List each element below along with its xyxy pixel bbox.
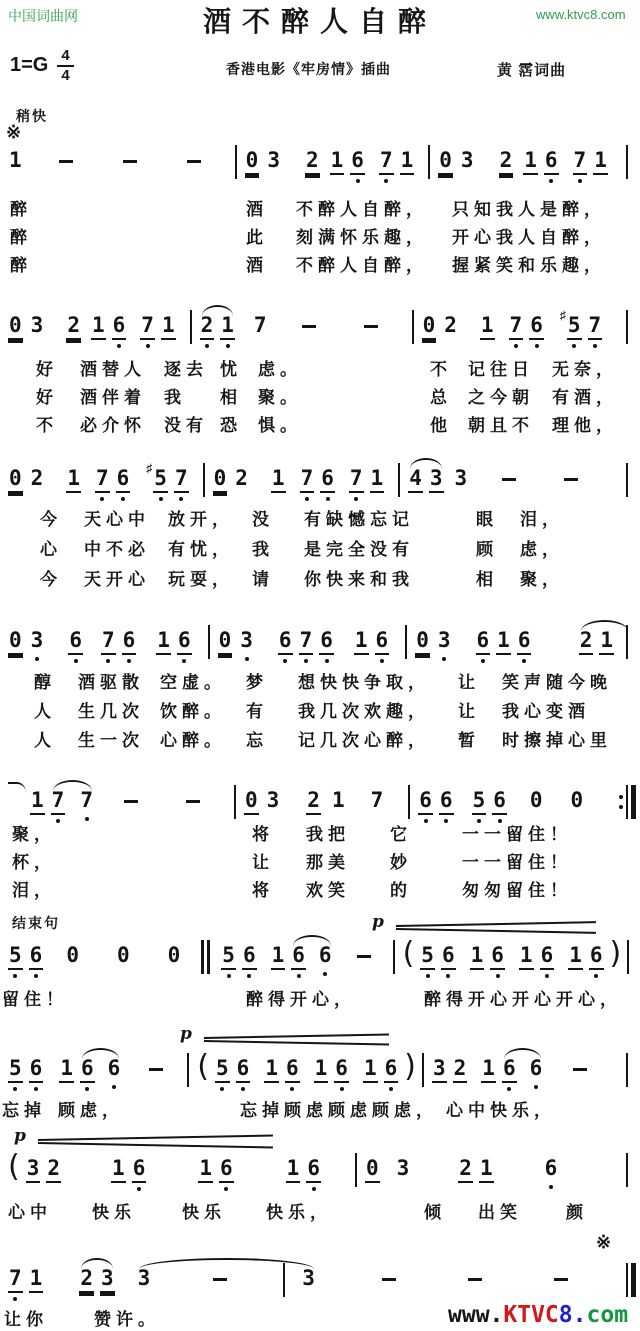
lyric: 我几次欢趣，	[298, 697, 430, 722]
note-digit: 5	[472, 790, 487, 815]
bar-stroke	[207, 940, 210, 974]
note-digit: 0	[529, 790, 544, 813]
note-stack: 6	[529, 1058, 544, 1089]
note: 7	[8, 1268, 23, 1301]
note-stack: 1	[523, 150, 538, 183]
note-digit: 6	[319, 630, 334, 655]
note-stack: 0	[213, 468, 228, 503]
note-digit: 1	[519, 945, 534, 970]
note-digit: 2	[234, 468, 249, 491]
key-and-meter: 1=G 4 4	[10, 48, 74, 84]
note-digit: 7	[588, 315, 603, 340]
note-stack: 1	[314, 1058, 329, 1091]
note-stack: 6	[29, 1058, 44, 1091]
lyric: 不醉人自醉，	[296, 195, 428, 220]
dash	[213, 1278, 227, 1281]
lyric: 的	[390, 876, 412, 901]
octave-dot	[424, 819, 428, 823]
music-system-7: 56166(56161616)32166	[0, 1058, 640, 1091]
note: 3	[266, 150, 281, 181]
note-digit: 1	[331, 790, 346, 813]
note-digit: 0	[244, 790, 259, 815]
note-digit: 5	[221, 945, 236, 970]
note-digit: 2	[66, 315, 81, 340]
octave-dot	[496, 974, 500, 978]
note-stack: 1	[568, 945, 583, 978]
lyric: 空虚。	[160, 668, 226, 693]
note-stack: 0	[8, 315, 23, 350]
lyric: 酒替人	[80, 355, 146, 380]
note-digit: 1	[59, 1058, 74, 1083]
note: 6	[529, 315, 544, 348]
note-digit: 2	[30, 468, 45, 491]
lyric: 忘掉顾虑顾虑顾虑，	[240, 1096, 438, 1121]
note: 1	[480, 315, 495, 348]
note-digit: 1	[91, 315, 106, 340]
note: 1	[481, 1058, 496, 1091]
lyric: 不	[430, 355, 452, 380]
lyric: 虑。	[258, 355, 302, 380]
note-stack: 6	[242, 945, 257, 978]
note-stack: 0	[365, 1158, 380, 1191]
note-digit: 0	[245, 150, 260, 175]
note-digit: 7	[95, 468, 110, 493]
note-stack: 3	[460, 150, 475, 181]
note-stack: 2	[305, 150, 320, 185]
lyric: 我把	[306, 820, 350, 845]
octave-dot	[290, 1087, 294, 1091]
note: 3	[301, 1268, 316, 1299]
lyric: 酒	[246, 195, 268, 220]
note: 1	[156, 630, 171, 663]
barline	[626, 310, 628, 344]
note-stack: 7	[140, 315, 155, 348]
logo-text: 8	[559, 1302, 573, 1328]
dash	[364, 325, 378, 328]
note-digit: 1	[481, 1058, 496, 1083]
note-digit: 6	[502, 1058, 517, 1083]
lyric: 是完全没有	[304, 535, 414, 560]
segno-icon: ※	[6, 122, 21, 143]
note-digit: 2	[453, 1058, 468, 1083]
note: 1	[91, 315, 106, 348]
note: 1	[363, 1058, 378, 1091]
lyric: 玩耍，	[168, 565, 234, 590]
note: 2	[453, 1058, 468, 1091]
note-stack: 1	[271, 945, 286, 978]
note-digit: 7	[300, 468, 315, 493]
note: 6	[384, 1058, 399, 1091]
rest-note: 0	[116, 945, 131, 976]
barline	[355, 1153, 357, 1187]
note: 2	[46, 1158, 61, 1191]
note-stack: 1	[286, 1158, 301, 1191]
repeat-dots	[619, 785, 623, 819]
music-system-9: 712333	[0, 1268, 640, 1303]
note: 7	[349, 468, 364, 501]
hairpin-line	[38, 1142, 273, 1149]
note-digit: 5	[420, 945, 435, 970]
note: 2	[66, 315, 81, 350]
rest-note: 0	[244, 790, 259, 823]
repeat-barline	[619, 785, 636, 819]
note-stack: 6	[122, 630, 137, 663]
octave-dot	[226, 344, 230, 348]
note-digit: 6	[384, 1058, 399, 1083]
rest-note: 0	[365, 1158, 380, 1191]
barline	[627, 940, 629, 974]
note: 6	[29, 945, 44, 978]
lyric: 必介怀	[80, 411, 146, 436]
note-stack: 1	[400, 150, 415, 183]
note: 1	[59, 1058, 74, 1091]
barline	[408, 785, 410, 819]
site-name-left: 中国词曲网	[8, 6, 78, 26]
note-digit: 2	[46, 1158, 61, 1183]
lyric: 天开心	[84, 565, 150, 590]
note-stack: 6	[177, 630, 192, 663]
bar-stroke	[201, 940, 204, 974]
lyric: 心中快乐，	[446, 1096, 556, 1121]
note: 6	[544, 150, 559, 183]
note-digit: 6	[132, 1158, 147, 1183]
note-stack: 6	[502, 1058, 517, 1091]
lyric: 倾	[424, 1198, 446, 1223]
barline	[422, 1053, 424, 1087]
crescendo-hairpin	[204, 1034, 389, 1046]
octave-dot	[323, 972, 327, 976]
note: 7	[588, 315, 603, 348]
note-digit: 3	[429, 468, 444, 493]
rest-note: 0	[8, 468, 23, 503]
note-digit: 6	[306, 1158, 321, 1183]
note-digit: 3	[432, 1058, 447, 1083]
dot	[619, 805, 623, 809]
lyric: 将	[252, 876, 274, 901]
note: 6	[219, 1158, 234, 1191]
octave-dot	[227, 974, 231, 978]
lyric: 惧。	[258, 411, 302, 436]
note-stack: 1	[29, 1268, 44, 1301]
note: 3	[26, 1158, 41, 1191]
octave-dot	[522, 659, 526, 663]
lyric: 相	[220, 383, 242, 408]
note-stack: 6	[319, 630, 334, 663]
note: 1	[271, 468, 286, 501]
octave-dot	[34, 1087, 38, 1091]
tie-arc	[8, 782, 26, 793]
lyric: 人	[34, 697, 56, 722]
octave-dot	[514, 344, 518, 348]
note-digit: 0	[8, 315, 23, 340]
note-stack: 7	[349, 468, 364, 501]
lyric: 你快来和我	[304, 565, 414, 590]
meter-denominator: 4	[57, 67, 73, 84]
hairpin-line	[38, 1134, 273, 1141]
note: 3	[30, 630, 45, 661]
octave-dot	[13, 1087, 17, 1091]
note-stack: 7	[588, 315, 603, 348]
note: 1	[161, 315, 176, 348]
note-stack: 6	[132, 1158, 147, 1191]
note-digit: 1	[470, 945, 485, 970]
note-stack: 7	[379, 150, 394, 183]
note-digit: 5	[215, 1058, 230, 1083]
note-digit: 2	[579, 630, 594, 655]
dynamic-p: p	[14, 1126, 26, 1146]
note-stack: 1	[593, 150, 608, 183]
barline	[405, 625, 407, 659]
lyric: 之今朝	[468, 383, 534, 408]
note-digit: 7	[299, 630, 314, 655]
note-stack: 0	[438, 150, 453, 185]
octave-dot	[594, 974, 598, 978]
note-digit: 1	[599, 630, 614, 655]
note-stack: 0	[65, 945, 80, 976]
note: 7	[101, 630, 116, 663]
lyric: 醉得开心，	[246, 985, 356, 1010]
note: 1	[354, 630, 369, 663]
note-digit: 0	[8, 468, 23, 493]
note-stack: 3	[137, 1268, 152, 1299]
note-stack: 1	[220, 315, 235, 348]
octave-dot	[106, 659, 110, 663]
octave-dot	[13, 1297, 17, 1301]
note-digit: 6	[540, 945, 555, 970]
note-digit: 0	[438, 150, 453, 175]
note-stack: 1	[91, 315, 106, 348]
note: 6	[278, 630, 293, 663]
octave-dot	[426, 974, 430, 978]
note: 6	[285, 1058, 300, 1091]
note-stack: 3	[429, 468, 444, 501]
octave-dot	[534, 1085, 538, 1089]
note: 1	[198, 1158, 213, 1191]
octave-dot	[578, 179, 582, 183]
parenthesis: )	[404, 1052, 416, 1082]
note-stack: 1	[198, 1158, 213, 1191]
rest-note: 0	[438, 150, 453, 185]
note-stack: 3	[396, 1158, 411, 1189]
note-digit: 0	[422, 315, 437, 340]
site-url-top-right: www.ktvc8.com	[536, 7, 626, 22]
note-stack: 0	[570, 790, 585, 821]
note-stack: 6	[439, 790, 454, 823]
barline	[428, 145, 430, 179]
lyric: 让你	[4, 1305, 48, 1330]
note-stack: 3	[26, 1158, 41, 1191]
lyric: 时擦掉心里	[502, 726, 612, 751]
note: 1	[66, 468, 81, 501]
note: 6	[476, 630, 491, 663]
note-stack: 7	[51, 790, 66, 823]
note: 2	[200, 315, 215, 348]
lyric: 一一留住！	[462, 848, 572, 873]
note: 7	[174, 468, 189, 501]
note-stack: 0	[422, 315, 437, 350]
lyric: 理他，	[552, 411, 618, 436]
note-digit: 0	[415, 630, 430, 655]
movie-subtitle: 香港电影《牢房情》插曲	[226, 59, 391, 79]
note-stack: 6	[278, 630, 293, 663]
note-digit: 2	[305, 150, 320, 175]
octave-dot	[179, 497, 183, 501]
note: 2	[579, 630, 594, 663]
slur-group: 21	[579, 630, 636, 663]
note-digit: 1	[370, 468, 385, 493]
note-digit: 2	[306, 790, 321, 815]
octave-dot	[572, 344, 576, 348]
note-stack: 7	[509, 315, 524, 348]
logo-text: KTVC	[503, 1302, 558, 1328]
octave-dot	[34, 974, 38, 978]
lyric: 让	[252, 848, 274, 873]
note: 3	[432, 1058, 447, 1091]
lyric: 醉得开心开心开心，	[424, 985, 622, 1010]
note-digit: 3	[239, 630, 254, 653]
logo-text: .	[573, 1302, 587, 1328]
lyric: 记往日	[468, 355, 534, 380]
barline	[398, 463, 400, 497]
octave-dot	[121, 497, 125, 501]
dash	[564, 478, 578, 481]
lyric: 留住！	[2, 985, 68, 1010]
note-stack: 1	[496, 630, 511, 663]
note: 7	[370, 790, 385, 821]
note: 3	[100, 1268, 115, 1303]
note-stack: 5	[472, 790, 487, 823]
octave-dot	[593, 344, 597, 348]
note-stack: 1	[480, 315, 495, 348]
lyric: 只知我人是醉，	[452, 195, 606, 220]
note-stack: 6	[68, 630, 83, 663]
note: 3	[266, 790, 281, 821]
note-digit: 1	[354, 630, 369, 655]
lyric: 我	[252, 535, 274, 560]
note-stack: 6	[375, 630, 390, 663]
rest-note: 0	[8, 630, 23, 665]
note-digit: 2	[200, 315, 215, 340]
lyric: 开心我人自醉，	[452, 223, 606, 248]
lyric: 醉	[10, 195, 32, 220]
note: 7	[509, 315, 524, 348]
rest-note: 0	[8, 315, 23, 350]
note-stack: 7	[573, 150, 588, 183]
music-row: 02176♯570217671433	[0, 468, 640, 503]
note-stack: 2	[30, 468, 45, 499]
note: 6	[242, 945, 257, 978]
crescendo-hairpin	[396, 922, 596, 934]
octave-dot	[117, 344, 121, 348]
note-stack: 3	[30, 315, 45, 346]
octave-dot	[312, 1187, 316, 1191]
octave-dot	[127, 659, 131, 663]
note-digit: 6	[490, 945, 505, 970]
dash	[59, 160, 73, 163]
note-stack: 6	[544, 1158, 559, 1189]
note: 4	[408, 468, 423, 501]
octave-dot	[444, 819, 448, 823]
note: 1	[523, 150, 538, 183]
note-stack: 3	[239, 630, 254, 661]
note-digit: 1	[111, 1158, 126, 1183]
music-system-2: 032167121702176♯57	[0, 315, 640, 350]
dash	[186, 800, 200, 803]
note-stack: 6	[384, 1058, 399, 1091]
note: 1	[264, 1058, 279, 1091]
note-stack: 5	[420, 945, 435, 978]
note-digit: 1	[593, 150, 608, 175]
note: 6	[492, 790, 507, 823]
dash	[554, 1278, 568, 1281]
note-digit: 6	[334, 1058, 349, 1083]
note: 7	[379, 150, 394, 183]
lyric: 醉	[10, 223, 32, 248]
lyric: 酒驱散	[78, 668, 144, 693]
note-digit: 7	[253, 315, 268, 338]
note: ♯5	[560, 315, 582, 348]
octave-dot	[85, 817, 89, 821]
lyric: 泪，	[12, 876, 56, 901]
time-signature: 4 4	[57, 48, 73, 84]
lyric: 我	[164, 383, 186, 408]
note-digit: 3	[460, 150, 475, 173]
note: 1	[286, 1158, 301, 1191]
note: 6	[375, 630, 390, 663]
note-stack: 2	[579, 630, 594, 663]
lyric: 酒	[246, 251, 268, 276]
bar-thick	[631, 785, 636, 819]
octave-dot	[545, 974, 549, 978]
note-stack: 2	[200, 315, 215, 348]
note: 5	[221, 945, 236, 978]
barline	[203, 463, 205, 497]
music-row: 56166(56161616)32166	[0, 1058, 640, 1091]
note-digit: 6	[29, 945, 44, 970]
note: 6	[441, 945, 456, 978]
note-stack: 5	[215, 1058, 230, 1091]
note-stack: 2	[46, 1158, 61, 1191]
ending-label: 结束句	[12, 913, 60, 933]
music-row: 712333	[0, 1268, 640, 1303]
barline	[626, 145, 628, 179]
note-digit: 7	[140, 315, 155, 340]
note: 5	[8, 945, 23, 978]
note-stack: 6	[350, 150, 365, 183]
note-digit: 6	[29, 1058, 44, 1083]
note: 6	[529, 1058, 544, 1089]
note-stack: 6	[219, 1158, 234, 1191]
lyric: 朝且不	[468, 411, 534, 436]
lyric: 心中	[8, 1198, 52, 1223]
slur-group: 66	[80, 1058, 127, 1091]
note: 6	[122, 630, 137, 663]
note: 1	[331, 790, 346, 821]
note-stack: 4	[408, 468, 423, 501]
note-digit: 1	[286, 1158, 301, 1183]
barline	[235, 145, 237, 179]
sharp-icon: ♯	[146, 462, 152, 474]
lyric: 一一留住！	[462, 820, 572, 845]
note: 7	[140, 315, 155, 348]
octave-dot	[100, 497, 104, 501]
barline	[393, 940, 395, 974]
note-stack: 1	[519, 945, 534, 978]
lyric: 无奈，	[552, 355, 618, 380]
octave-dot	[35, 657, 39, 661]
note: 2	[234, 468, 249, 499]
note-stack: 1	[354, 630, 369, 663]
